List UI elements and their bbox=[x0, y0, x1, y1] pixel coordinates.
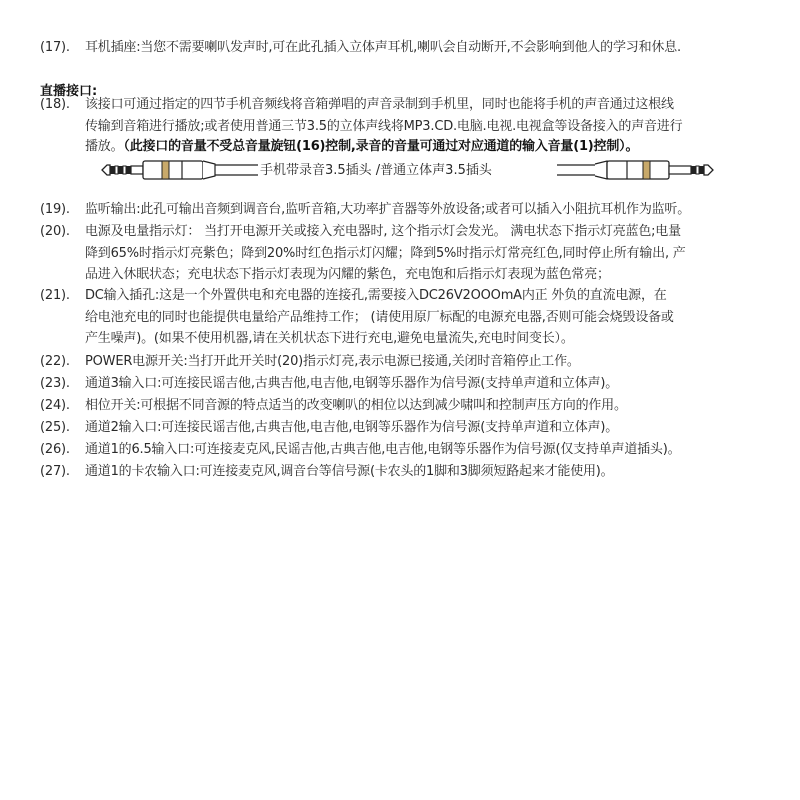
item-23: (23).通道3输入口:可连接民谣吉他,古典吉他,电吉他,电钢等乐器作为信号源(… bbox=[40, 373, 618, 395]
item-25: (25).通道2输入口:可连接民谣吉他,古典吉他,电吉他,电钢等乐器作为信号源(… bbox=[40, 417, 618, 439]
item-17: (17).耳机插座:当您不需要喇叭发声时,可在此孔插入立体声耳机,喇叭会自动断开… bbox=[40, 37, 681, 59]
item-text: 通道1的6.5输入口:可连接麦克风,民谣吉他,古典吉他,电吉他,电钢等乐器作为信… bbox=[85, 442, 680, 457]
three-pole-plug-icon bbox=[555, 160, 720, 180]
item-number: (26). bbox=[40, 439, 85, 461]
item-text: DC输入插孔:这是一个外置供电和充电器的连接孔,需要接入DC26V2OOOmA内… bbox=[85, 288, 667, 303]
item-text: 相位开关:可根据不同音源的特点适当的改变喇叭的相位以达到减少啸叫和控制声压方向的… bbox=[85, 398, 627, 413]
item-text: 该接口可通过指定的四节手机音频线将音箱弹唱的声音录制到手机里，同时也能将手机的声… bbox=[85, 97, 674, 112]
item-text: 监听输出:此孔可输出音频到调音台,监听音箱,大功率扩音器等外放设备;或者可以插入… bbox=[85, 202, 690, 217]
item-number: (17). bbox=[40, 37, 85, 59]
item-text: 耳机插座:当您不需要喇叭发声时,可在此孔插入立体声耳机,喇叭会自动断开,不会影响… bbox=[85, 40, 681, 55]
item-20: (20).电源及电量指示灯： 当打开电源开关或接入充电器时, 这个指示灯会发光。… bbox=[40, 221, 681, 243]
item-22: (22).POWER电源开关:当打开此开关时(20)指示灯亮,表示电源已接通,关… bbox=[40, 351, 580, 373]
item-number: (23). bbox=[40, 373, 85, 395]
item-26: (26).通道1的6.5输入口:可连接麦克风,民谣吉他,古典吉他,电吉他,电钢等… bbox=[40, 439, 680, 461]
item-number: (20). bbox=[40, 221, 85, 243]
item-number: (27). bbox=[40, 461, 85, 483]
item-text: POWER电源开关:当打开此开关时(20)指示灯亮,表示电源已接通,关闭时音箱停… bbox=[85, 354, 580, 369]
plug-diagram: 手机带录音3.5插头 /普通立体声3.5插头 bbox=[100, 158, 720, 182]
item-20-line-3: 品进入休眠状态；充电状态下指示灯表现为闪耀的紫色，充电饱和后指示灯表现为蓝色常亮… bbox=[85, 264, 610, 286]
item-number: (18). bbox=[40, 94, 85, 116]
item-text: 播放。 bbox=[85, 139, 123, 154]
item-27: (27).通道1的卡农输入口:可连接麦克风,调音台等信号源(卡农头的1脚和3脚须… bbox=[40, 461, 613, 483]
four-pole-plug-icon bbox=[100, 160, 260, 180]
item-number: (19). bbox=[40, 199, 85, 221]
item-18: (18).该接口可通过指定的四节手机音频线将音箱弹唱的声音录制到手机里，同时也能… bbox=[40, 94, 674, 116]
item-19: (19).监听输出:此孔可输出音频到调音台,监听音箱,大功率扩音器等外放设备;或… bbox=[40, 199, 690, 221]
item-18-line-2: 传输到音箱进行播放;或者使用普通三节3.5的立体声线将MP3.CD.电脑.电视.… bbox=[85, 116, 682, 138]
item-text: 通道2输入口:可连接民谣吉他,古典吉他,电吉他,电钢等乐器作为信号源(支持单声道… bbox=[85, 420, 618, 435]
item-text: 电源及电量指示灯： 当打开电源开关或接入充电器时, 这个指示灯会发光。 满电状态… bbox=[85, 224, 681, 239]
item-number: (22). bbox=[40, 351, 85, 373]
plug-diagram-label: 手机带录音3.5插头 /普通立体声3.5插头 bbox=[260, 159, 492, 178]
item-21: (21).DC输入插孔:这是一个外置供电和充电器的连接孔,需要接入DC26V2O… bbox=[40, 285, 667, 307]
item-number: (24). bbox=[40, 395, 85, 417]
item-20-line-2: 降到65%时指示灯亮紫色；降到20%时红色指示灯闪耀；降到5%时指示灯常亮红色,… bbox=[85, 243, 686, 265]
item-text: 通道3输入口:可连接民谣吉他,古典吉他,电吉他,电钢等乐器作为信号源(支持单声道… bbox=[85, 376, 618, 391]
item-text: 通道1的卡农输入口:可连接麦克风,调音台等信号源(卡农头的1脚和3脚须短路起来才… bbox=[85, 464, 613, 479]
item-number: (21). bbox=[40, 285, 85, 307]
bold-note: （此接口的音量不受总音量旋钮(16)控制,录音的音量可通过对应通道的输入音量(1… bbox=[123, 139, 638, 154]
item-18-line-3: 播放。（此接口的音量不受总音量旋钮(16)控制,录音的音量可通过对应通道的输入音… bbox=[85, 136, 638, 158]
item-21-line-2: 给电池充电的同时也能提供电量给产品维持工作； (请使用原厂标配的电源充电器,否则… bbox=[85, 307, 674, 329]
item-21-line-3: 产生噪声)。(如果不使用机器,请在关机状态下进行充电,避免电量流失,充电时间变长… bbox=[85, 328, 574, 350]
item-number: (25). bbox=[40, 417, 85, 439]
item-24: (24).相位开关:可根据不同音源的特点适当的改变喇叭的相位以达到减少啸叫和控制… bbox=[40, 395, 627, 417]
